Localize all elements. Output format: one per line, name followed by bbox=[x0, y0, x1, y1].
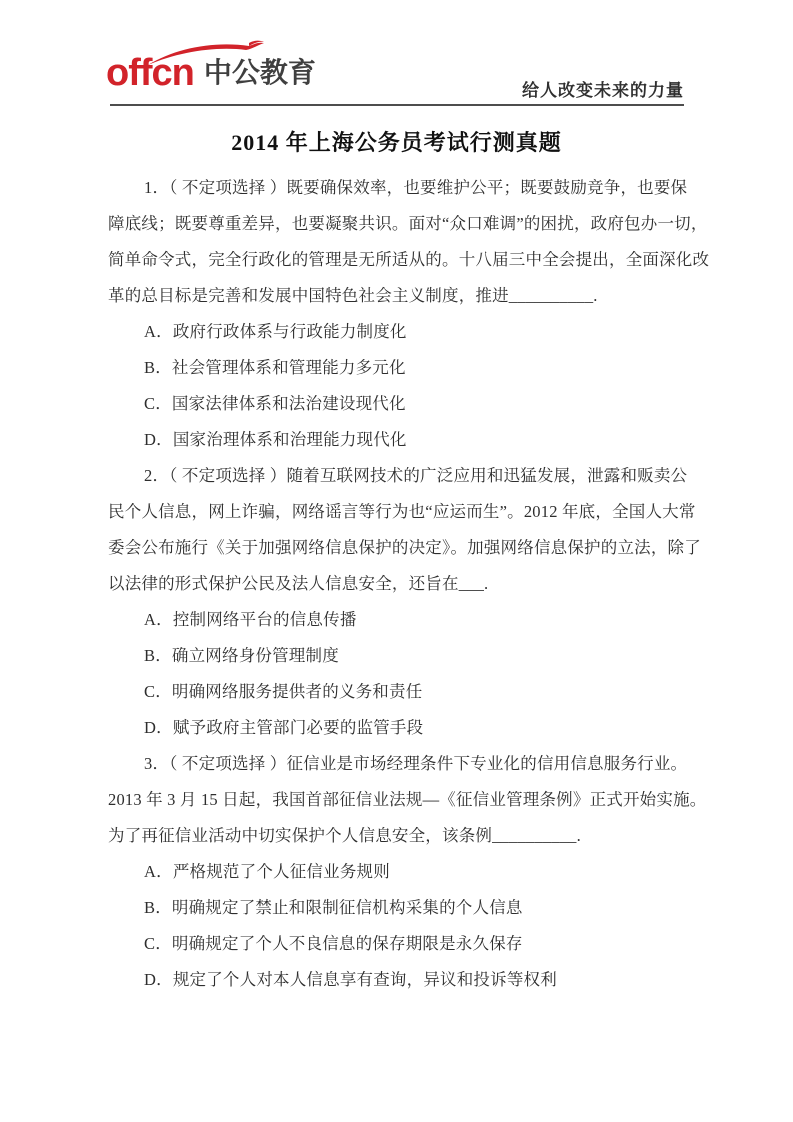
document-page: offcn中公教育 给人改变未来的力量 2014 年上海公务员考试行测真题 1．… bbox=[0, 0, 793, 1122]
option-line: A．控制网络平台的信息传播 bbox=[108, 602, 688, 638]
document-body: 1．（ 不定项选择 ）既要确保效率，也要维护公平；既要鼓励竞争，也要保 障底线；… bbox=[108, 170, 688, 998]
question-stem-line: 简单命令式，完全行政化的管理是无所适从的。十八届三中全会提出，全面深化改 bbox=[108, 242, 688, 278]
option-line: D．赋予政府主管部门必要的监管手段 bbox=[108, 710, 688, 746]
question-stem-line: 以法律的形式保护公民及法人信息安全，还旨在___. bbox=[108, 566, 688, 602]
question-stem-line: 障底线；既要尊重差异，也要凝聚共识。面对“众口难调”的困扰，政府包办一切， bbox=[108, 206, 688, 242]
logo-swoosh-icon bbox=[146, 40, 266, 66]
question-stem-line: 2013 年 3 月 15 日起，我国首部征信业法规—《征信业管理条例》正式开始… bbox=[108, 782, 688, 818]
header-divider bbox=[110, 104, 684, 106]
option-line: C．明确规定了个人不良信息的保存期限是永久保存 bbox=[108, 926, 688, 962]
question-stem-line: 民个人信息，网上诈骗，网络谣言等行为也“应运而生”。2012 年底，全国人大常 bbox=[108, 494, 688, 530]
question-stem-line: 委会公布施行《关于加强网络信息保护的决定》。加强网络信息保护的立法，除了 bbox=[108, 530, 688, 566]
page-title: 2014 年上海公务员考试行测真题 bbox=[0, 126, 793, 157]
question-stem-line: 2．（ 不定项选择 ）随着互联网技术的广泛应用和迅猛发展，泄露和贩卖公 bbox=[108, 458, 688, 494]
option-line: B．社会管理体系和管理能力多元化 bbox=[108, 350, 688, 386]
option-line: D．规定了个人对本人信息享有查询，异议和投诉等权利 bbox=[108, 962, 688, 998]
question-stem-line: 为了再征信业活动中切实保护个人信息安全，该条例__________. bbox=[108, 818, 688, 854]
question-stem-line: 革的总目标是完善和发展中国特色社会主义制度，推进__________. bbox=[108, 278, 688, 314]
option-line: C．国家法律体系和法治建设现代化 bbox=[108, 386, 688, 422]
option-line: A．政府行政体系与行政能力制度化 bbox=[108, 314, 688, 350]
option-line: B．确立网络身份管理制度 bbox=[108, 638, 688, 674]
option-line: A．严格规范了个人征信业务规则 bbox=[108, 854, 688, 890]
option-line: B．明确规定了禁止和限制征信机构采集的个人信息 bbox=[108, 890, 688, 926]
option-line: D．国家治理体系和治理能力现代化 bbox=[108, 422, 688, 458]
header-tagline: 给人改变未来的力量 bbox=[522, 76, 684, 101]
question-stem-line: 1．（ 不定项选择 ）既要确保效率，也要维护公平；既要鼓励竞争，也要保 bbox=[108, 170, 688, 206]
question-stem-line: 3．（ 不定项选择 ）征信业是市场经理条件下专业化的信用信息服务行业。 bbox=[108, 746, 688, 782]
offcn-logo: offcn中公教育 bbox=[106, 48, 316, 98]
option-line: C．明确网络服务提供者的义务和责任 bbox=[108, 674, 688, 710]
